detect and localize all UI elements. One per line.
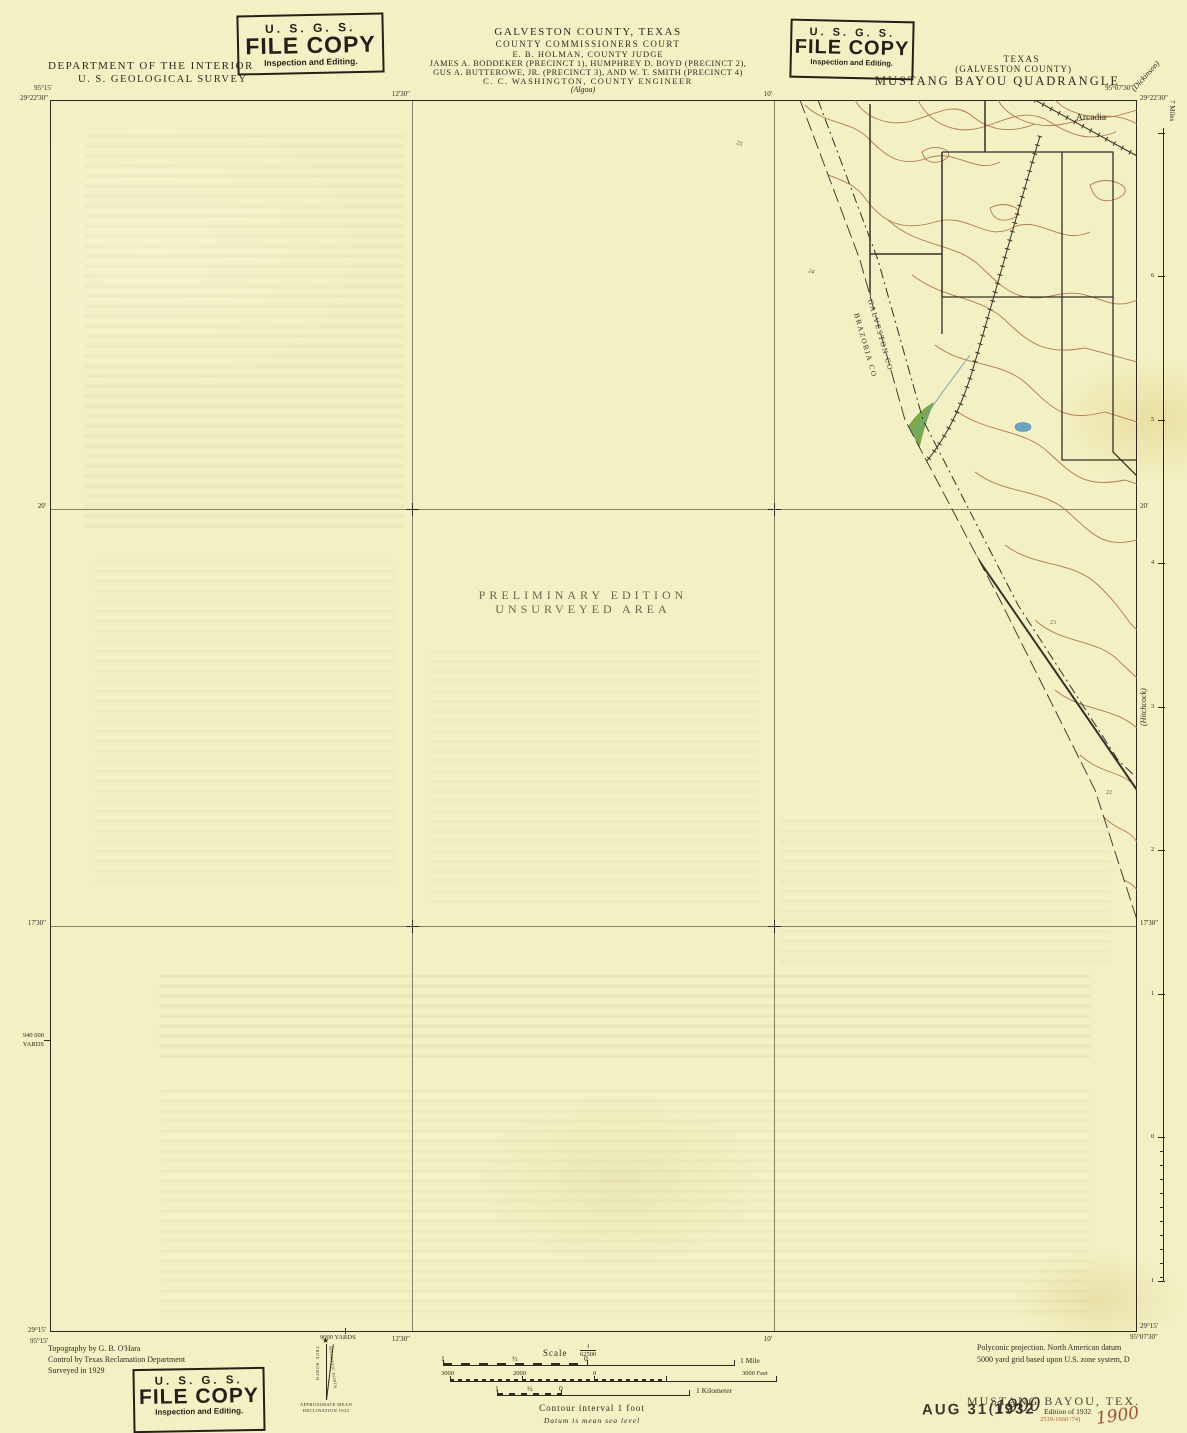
title-county: (GALVESTON COUNTY): [955, 64, 1072, 74]
corner-top-right-lat: 29°22'30": [1140, 94, 1168, 102]
feet-bar-unit: 3000 Feet: [742, 1370, 768, 1377]
department-line1: DEPARTMENT OF THE INTERIOR: [48, 60, 254, 72]
stamp-title: FILE COPY: [239, 34, 382, 58]
title-quadrangle: MUSTANG BAYOU QUADRANGLE: [875, 74, 1120, 89]
survey-credit-3: Surveyed in 1929: [48, 1366, 104, 1375]
miles-ruler-tick: [1158, 850, 1165, 851]
miles-ruler-number: 5: [1151, 416, 1154, 423]
survey-credit-2: Control by Texas Reclamation Department: [48, 1355, 185, 1364]
miles-ruler-line: [1163, 128, 1164, 1281]
tick-top-lon-2: 10': [764, 90, 772, 98]
title-state: TEXAS: [1004, 54, 1041, 64]
declination-caption-2: DECLINATION 1932: [303, 1408, 350, 1413]
roads: [870, 100, 1137, 790]
projection-note-2: 5000 yard grid based upon U.S. zone syst…: [977, 1355, 1130, 1364]
miles-ruler-number: 0: [1151, 1133, 1154, 1140]
town-label: Arcadia: [1076, 113, 1107, 123]
survey-credit-1: Topography by G. B. O'Hara: [48, 1344, 140, 1353]
miles-ruler-tick: [1158, 133, 1165, 134]
tick-left-lat-1: 20': [38, 502, 46, 510]
department-line2: U. S. GEOLOGICAL SURVEY: [78, 74, 247, 85]
mile-bar-unit: 1 Mile: [740, 1356, 760, 1365]
feet-bar-tick-3000: 3000: [441, 1370, 454, 1377]
mile-bar-tick-1: 1: [441, 1354, 445, 1363]
miles-ruler-tick: [1158, 1281, 1165, 1282]
true-north-label: TRUE NORTH: [315, 1346, 320, 1381]
scale-bar-miles: [443, 1363, 735, 1366]
tick-right-lat-1: 20': [1140, 502, 1148, 510]
scale-bar-km: [497, 1393, 690, 1396]
tick-right-lat-2: 17'30": [1140, 919, 1158, 927]
miles-ruler-label: 7 Miles: [1168, 100, 1176, 121]
usgs-file-copy-stamp: U. S. G. S. FILE COPY Inspection and Edi…: [236, 12, 384, 75]
usgs-file-copy-stamp: U. S. G. S. FILE COPY Inspection and Edi…: [789, 19, 914, 81]
usgs-file-copy-stamp: U. S. G. S. FILE COPY Inspection and Edi…: [132, 1367, 265, 1433]
mile-bar-tick-0: 0: [584, 1354, 588, 1363]
declination-caption-1: APPROXIMATE MEAN: [300, 1402, 352, 1407]
scale-ratio-numerator: 1: [580, 1344, 596, 1351]
scale-ratio-denominator: 62500: [580, 1351, 596, 1358]
contour-interval-note: Contour interval 1 foot: [539, 1403, 645, 1413]
miles-ruler-number: 2: [1151, 846, 1154, 853]
grid-yards-left-2: YARDS: [23, 1041, 44, 1048]
scale-ratio-fraction: 1 62500: [580, 1344, 596, 1358]
corner-top-right-lon: 95°07'30": [1105, 84, 1133, 92]
projection-note-1: Polyconic projection. North American dat…: [977, 1343, 1121, 1352]
miles-ruler-subdivision: [1160, 1137, 1164, 1281]
miles-ruler-tick: [1158, 1137, 1165, 1138]
miles-ruler-tick: [1158, 707, 1165, 708]
scale-bar-feet: [450, 1379, 777, 1382]
scale-word: Scale: [543, 1348, 568, 1358]
corner-top-left-lat: 29°22'30": [20, 94, 48, 102]
true-north-star-icon: ★: [322, 1336, 329, 1345]
miles-ruler-number: 6: [1151, 272, 1154, 279]
topo-map-sheet: DEPARTMENT OF THE INTERIOR U. S. GEOLOGI…: [0, 0, 1187, 1433]
mile-bar-tick-half: ½: [512, 1354, 518, 1363]
tick-bottom-lon-1: 12'30": [392, 1335, 410, 1343]
km-bar-unit: 1 Kilometer: [696, 1386, 732, 1395]
contour-elevation-label: 22: [1106, 790, 1112, 796]
grid-yards-left-1: 940 000: [23, 1032, 44, 1039]
stamp-subtitle: Inspection and Editing.: [135, 1406, 263, 1417]
corner-bottom-right-lon: 95°07'30": [1130, 1333, 1158, 1341]
stamp-title: FILE COPY: [792, 38, 912, 59]
corner-bottom-left-lat: 29°15': [28, 1326, 46, 1334]
miles-ruler-number: 4: [1151, 559, 1154, 566]
map-detail-artwork: GALVESTON CO BRAZORIA CO Arcadia 25 24 2…: [50, 100, 1137, 1332]
county-credits-1: GALVESTON COUNTY, TEXAS: [494, 26, 681, 38]
miles-ruler-tick: [1158, 420, 1165, 421]
corner-bottom-left-lon: 95°15': [30, 1337, 48, 1345]
adjoining-quad-top-right: (Dickinson): [1129, 59, 1161, 93]
preliminary-note-2: UNSURVEYED AREA: [495, 602, 670, 617]
km-bar-tick-half: ½: [527, 1384, 533, 1393]
adjoining-quad-right: (Hitchcock): [1139, 688, 1148, 726]
tick-left-lat-2: 17'30": [28, 919, 46, 927]
footer-print-code: 2519-1660 /74): [1040, 1416, 1080, 1423]
tick-top-lon-1: 12'30": [392, 90, 410, 98]
survey-limit-line: [800, 100, 1137, 920]
km-bar-tick-0: 0: [559, 1384, 563, 1393]
contour-elevation-label: 24: [807, 268, 815, 276]
feet-bar-tick-2000: 2000: [513, 1370, 526, 1377]
handwritten-paren-year: (1900: [987, 1394, 1041, 1419]
adjoining-quad-top: (Algoa): [571, 85, 595, 94]
railroad: [894, 100, 1137, 548]
feet-bar-tick-0: 0: [593, 1370, 596, 1377]
miles-ruler-tick: [1158, 994, 1165, 995]
pond: [1015, 423, 1031, 432]
stamp-title: FILE COPY: [135, 1386, 263, 1407]
miles-ruler-number: 1: [1151, 990, 1154, 997]
corner-top-left-lon: 95°15': [34, 84, 52, 92]
county-credits-2: COUNTY COMMISSIONERS COURT: [496, 39, 681, 49]
datum-note: Datum is mean sea level: [544, 1416, 640, 1425]
miles-ruler-tick: [1158, 563, 1165, 564]
miles-ruler-number: 3: [1151, 703, 1154, 710]
contour-elevation-label: 25: [735, 140, 743, 148]
km-bar-tick-1: 1: [495, 1384, 499, 1393]
vegetation-patch: [896, 402, 934, 462]
miles-ruler-number: 1: [1151, 1277, 1154, 1284]
contour-elevation-label: 23: [1050, 620, 1056, 626]
declination-diagram: ★ TRUE NORTH MAGNETIC NORTH APPROXIMATE …: [300, 1338, 352, 1416]
footer-edition: Edition of 1932: [1044, 1407, 1091, 1416]
tick-bottom-lon-2: 10': [764, 1335, 772, 1343]
corner-bottom-right-lat: 29°15': [1140, 1322, 1158, 1330]
miles-ruler-tick: [1158, 276, 1165, 277]
preliminary-note-1: PRELIMINARY EDITION: [479, 588, 688, 603]
county-boundary-line: [818, 100, 1137, 778]
